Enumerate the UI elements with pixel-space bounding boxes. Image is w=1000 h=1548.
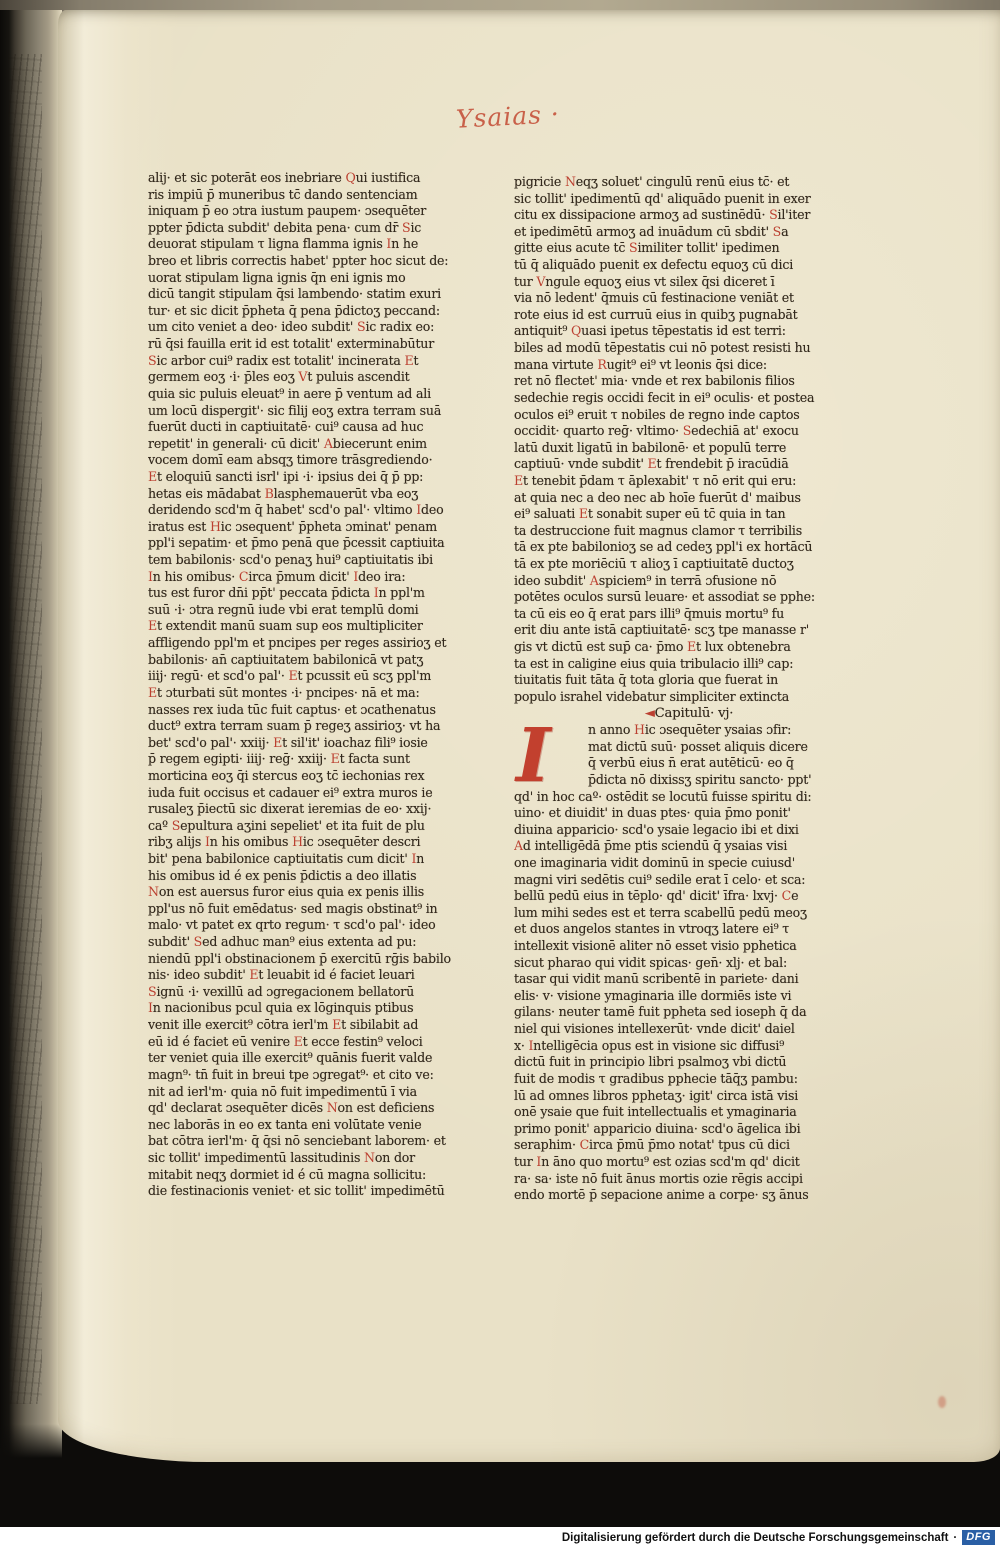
- text-line: oculos ei⁹ eruit τ nobiles de regno inde…: [514, 407, 864, 424]
- text-line: germem eoʒ ·i· p̄les eoʒ Vt puluis ascen…: [148, 369, 498, 386]
- text-line: babilonis· an̄ captiuitatem babilonicā v…: [148, 652, 498, 669]
- text-line: ter veniet quia ille exercit⁹ quānis fue…: [148, 1050, 498, 1067]
- text-line: diuina apparicio· scd'o ysaie legacio ib…: [514, 822, 864, 839]
- text-line: sic tollit' impedimentū lassitudinis Non…: [148, 1150, 498, 1167]
- text-line: intellexit visionē aliter nō esset visio…: [514, 938, 864, 955]
- text-line: Signū ·i· vexillū ad ɔgregacionem bellat…: [148, 984, 498, 1001]
- text-line: nasses rex iuda tūc fuit captus· et ɔcat…: [148, 702, 498, 719]
- text-line: gilans· neuter tamē fuit ppheta sed iose…: [514, 1004, 864, 1021]
- text-line: Sic arbor cui⁹ radix est totalit' incine…: [148, 353, 498, 370]
- text-line: qd' declarat ɔsequēter dicēs Non est def…: [148, 1100, 498, 1117]
- text-line: um cito veniet a deo· ideo subdit' Sic r…: [148, 319, 498, 336]
- text-line: iratus est Hic ɔsequent' p̄pheta ɔminat'…: [148, 519, 498, 536]
- text-line: Non est auersus furor eius quia ex penis…: [148, 884, 498, 901]
- text-line: p̄dicta nō dixissʒ spiritu sancto· ppt': [588, 772, 864, 789]
- text-line: x· Intelligēcia opus est in visione sic …: [514, 1038, 864, 1055]
- text-line: potētes oculos sursū leuare· et assodiat…: [514, 589, 864, 606]
- text-line: primo ponit' apparicio diuina· scd'o āge…: [514, 1121, 864, 1138]
- text-line: mana virtute Rugit⁹ ei⁹ vt leonis q̄si d…: [514, 357, 864, 374]
- text-line: duct⁹ extra terram suam p̄ regeʒ assirio…: [148, 718, 498, 735]
- text-line: magn⁹· tn̄ fuit in breui tpe ɔgregat⁹· e…: [148, 1067, 498, 1084]
- text-line: dictū fuit in principio libri psalmoʒ vb…: [514, 1054, 864, 1071]
- text-line: In nacionibus pcul quia ex lōginquis pti…: [148, 1000, 498, 1017]
- text-line: endo mortē p̄ sepacione anime a corpe· s…: [514, 1187, 864, 1204]
- text-line: bet' scd'o pal'· xxiij· Et sil'it' ioach…: [148, 735, 498, 752]
- text-line: nit ad ierl'm· quia nō fuit impedimentū …: [148, 1084, 498, 1101]
- credit-text: Digitalisierung gefördert durch die Deut…: [562, 1532, 949, 1544]
- text-line: bit' pena babilonice captiuitatis cum di…: [148, 851, 498, 868]
- text-line: q̄ verbū eius n̄ erat autēticū· eo q̄: [588, 755, 864, 772]
- manuscript-scan: Ysaias · alij· et sic poterāt eos inebri…: [0, 0, 1000, 1548]
- text-line: In his omibus· Circa p̄mum dicit' Ideo i…: [148, 569, 498, 586]
- text-line: deuorat stipulam τ ligna flamma ignis In…: [148, 236, 498, 253]
- text-line: uino· et diuidit' in duas ptes· quia p̄m…: [514, 805, 864, 822]
- text-line: Et ɔturbati sūt montes ·i· pncipes· nā e…: [148, 685, 498, 702]
- text-line: bat cōtra ierl'm· q̄ q̄si nō senciebant …: [148, 1133, 498, 1150]
- text-line: nis· ideo subdit' Et leuabit id é faciet…: [148, 967, 498, 984]
- text-line: ribʒ alijs In his omibus Hic ɔsequēter d…: [148, 834, 498, 851]
- rubricated-initial: I: [516, 724, 551, 788]
- text-line: occidit· quarto reḡ· vltimo· Sedechiā at…: [514, 423, 864, 440]
- text-line: caº Sepultura aʒini sepeliet' et ita fui…: [148, 818, 498, 835]
- text-line: deridendo scd'm q̄ habet' scd'o pal'· vl…: [148, 502, 498, 519]
- text-line: rū q̄si fauilla erit id est totalit' ext…: [148, 336, 498, 353]
- text-line: et ipedimētū armoʒ ad inuādum cū sbdit' …: [514, 224, 864, 241]
- text-line: tā ex pte babilonioʒ se ad cedeʒ ppl'i e…: [514, 539, 864, 556]
- parchment-page: Ysaias · alij· et sic poterāt eos inebri…: [58, 10, 1000, 1462]
- text-line: tā ex pte moriēciū τ alioʒ ī captiuitatē…: [514, 556, 864, 573]
- text-line: nec laborās in eo ex tanta eni volūtate …: [148, 1117, 498, 1134]
- chapter-opening: In anno Hic ɔsequēter ysaias ɔfir:mat di…: [514, 722, 864, 788]
- text-line: seraphim· Circa p̄mū p̄mo notat' tpus cū…: [514, 1137, 864, 1154]
- text-line: ta est in caligine eius quia tribulacio …: [514, 656, 864, 673]
- text-line: p̄ regem egipti· iiij· reḡ· xxiij· Et fa…: [148, 751, 498, 768]
- text-line: ta destruccione fuit magnus clamor τ ter…: [514, 523, 864, 540]
- text-line: malo· vt patet ex qrto regum· τ scd'o pa…: [148, 917, 498, 934]
- text-line: citu ex dissipacione armoʒ ad sustinēdū·…: [514, 207, 864, 224]
- text-line: ra· sa· iste nō fuit ānus mortis ozie rē…: [514, 1171, 864, 1188]
- text-line: ppl'i sepatim· et p̄mo penā que p̄cessit…: [148, 535, 498, 552]
- text-line: lum mihi sedes est et terra scabellū ped…: [514, 905, 864, 922]
- text-line: sic tollit' ipedimentū qd' aliquādo puen…: [514, 191, 864, 208]
- text-line: eū id é faciet eū venire Et ecce festin⁹…: [148, 1034, 498, 1051]
- text-line: Et extendit manū suam sup eos multiplici…: [148, 618, 498, 635]
- text-line: n anno Hic ɔsequēter ysaias ɔfir:: [588, 722, 864, 739]
- text-line: ret nō flectet' mia· vnde et rex babilon…: [514, 373, 864, 390]
- text-line: tur In āno quo mortu⁹ est ozias scd'm qd…: [514, 1154, 864, 1171]
- text-line: sedechie regis occidi fecit in ei⁹ oculi…: [514, 390, 864, 407]
- text-line: ideo subdit' Aspiciem⁹ in terrā ɔfusione…: [514, 573, 864, 590]
- text-line: iiij· regū· et scd'o pal'· Et pcussit eū…: [148, 668, 498, 685]
- text-line: tiuitatis fuit tāta q̄ tota gloria que f…: [514, 672, 864, 689]
- running-title: Ysaias ·: [455, 99, 560, 133]
- chapter-heading-text: Capitulū· vj·: [655, 706, 734, 721]
- book-gutter-page-edges: [0, 10, 62, 1462]
- text-line: quia sic puluis eleuat⁹ in aere p̄ ventu…: [148, 386, 498, 403]
- right-column: pigricie Neqʒ soluet' cingulū renū eius …: [514, 174, 864, 1204]
- text-line: populo israhel videbatur simpliciter ext…: [514, 689, 864, 706]
- text-line: bellū pedū eius in tēplo· qd' dicit' īfr…: [514, 888, 864, 905]
- text-line: subdit' Sed adhuc man⁹ eius extenta ad p…: [148, 934, 498, 951]
- text-line: tur· et sic dicit p̄pheta q̄ pena p̄dict…: [148, 303, 498, 320]
- text-line: ei⁹ saluati Et sonabit super eū tc̄ quia…: [514, 506, 864, 523]
- text-line: tem babilonis· scd'o penaʒ hui⁹ captiuit…: [148, 552, 498, 569]
- text-line: erit diu ante istā captiuitatē· scʒ tpe …: [514, 622, 864, 639]
- text-line: hetas eis mādabat Blasphemauerūt vba eoʒ: [148, 486, 498, 503]
- text-line: vocem domī eam absqʒ timore trāsgrediend…: [148, 452, 498, 469]
- credit-bar: Digitalisierung gefördert durch die Deut…: [0, 1527, 1000, 1548]
- text-line: his omibus id é ex penis p̄dictis a deo …: [148, 868, 498, 885]
- text-line: tū q̄ aliquādo puenit ex defectu equoʒ c…: [514, 257, 864, 274]
- ink-smudge: [938, 1396, 946, 1408]
- heading-marker-icon: ◄: [645, 706, 655, 721]
- text-line: ta cū eis eo q̄ erat pars illi⁹ q̄muis m…: [514, 606, 864, 623]
- text-line: venit ille exercit⁹ cōtra ierl'm Et sibi…: [148, 1017, 498, 1034]
- text-line: magni viri sedētis cui⁹ sedile erat ī ce…: [514, 872, 864, 889]
- text-line: tus est furor dn̄i pp̄t' peccata p̄dicta…: [148, 585, 498, 602]
- text-line: uorat stipulam ligna ignis q̄n eni ignis…: [148, 270, 498, 287]
- text-line: rusaleʒ p̄iectū sic dixerat ieremias de …: [148, 801, 498, 818]
- dfg-logo: DFG: [962, 1530, 995, 1545]
- text-line: morticina eoʒ q̄i stercus eoʒ tc̄ iechon…: [148, 768, 498, 785]
- text-line: latū duxit ligatū in babilonē· et populū…: [514, 440, 864, 457]
- text-line: Ad intelligēdā p̄me ptis sciendū q̄ ysai…: [514, 838, 864, 855]
- text-line: one imaginaria vidit dominū in specie cu…: [514, 855, 864, 872]
- chapter-heading: ◄Capitulū· vj·: [514, 706, 864, 723]
- text-line: qd' in hoc caº· ostēdit se locutū fuisse…: [514, 789, 864, 806]
- left-column: alij· et sic poterāt eos inebriare Qui i…: [148, 170, 498, 1200]
- text-line: pigricie Neqʒ soluet' cingulū renū eius …: [514, 174, 864, 191]
- text-line: mitabit neqʒ dormiet id é cū magna solli…: [148, 1167, 498, 1184]
- text-line: tasar qui vidit manū scribentē in pariet…: [514, 971, 864, 988]
- text-line: lū ad omnes libros pphetaʒ· igit' circa …: [514, 1088, 864, 1105]
- text-line: fuit de modis τ gradibus pphecie tāq̄ʒ p…: [514, 1071, 864, 1088]
- text-line: um locū dispergit'· sic filij eoʒ extra …: [148, 403, 498, 420]
- text-line: ppl'us nō fuit emēdatus· sed magis obsti…: [148, 901, 498, 918]
- text-line: rote eius id est curruū eius in quibʒ pu…: [514, 307, 864, 324]
- text-line: niendū ppl'i obstinacionem p̄ exercitū r…: [148, 951, 498, 968]
- credit-separator: ·: [953, 1532, 957, 1544]
- text-line: die festinacionis veniet· et sic tollit'…: [148, 1183, 498, 1200]
- text-line: Et tenebit p̄dam τ āplexabit' τ nō erit …: [514, 473, 864, 490]
- text-line: tur Vngule equoʒ eius vt silex q̄si dice…: [514, 274, 864, 291]
- text-line: iuda fuit occisus et cadauer ei⁹ extra m…: [148, 785, 498, 802]
- text-line: niel qui visiones intellexerūt· vnde dic…: [514, 1021, 864, 1038]
- text-line: gis vt dictū est sup̄ ca· p̄mo Et lux ob…: [514, 639, 864, 656]
- text-line: sicut pharao qui vidit spicas· gen̄· xlj…: [514, 955, 864, 972]
- text-line: ris impiū p̄ muneribus tc̄ dando sentenc…: [148, 187, 498, 204]
- text-line: affligendo ppl'm et pncipes per reges as…: [148, 635, 498, 652]
- text-line: fuerūt ducti in captiuitatē· cui⁹ causa …: [148, 419, 498, 436]
- text-line: Et eloquiū sancti isrl' ipi ·i· ipsius d…: [148, 469, 498, 486]
- text-line: iniquam p̄ eo ɔtra iustum paupem· ɔsequē…: [148, 203, 498, 220]
- text-line: gitte eius acute tc̄ Similiter tollit' i…: [514, 240, 864, 257]
- text-line: antiquit⁹ Quasi ipetus tēpestatis id est…: [514, 323, 864, 340]
- text-line: captiuū· vnde subdit' Et frendebit p̄ ir…: [514, 456, 864, 473]
- text-line: dicū tangit stipulam q̄si lambendo· stat…: [148, 286, 498, 303]
- text-line: onē ysaie que fuit intellectualis et yma…: [514, 1104, 864, 1121]
- text-line: repetit' in generali· cū dicit' Abieceru…: [148, 436, 498, 453]
- text-line: et duos angelos stantes in vtroqʒ latere…: [514, 921, 864, 938]
- text-line: ppter p̄dicta subdit' debita pena· cum d…: [148, 220, 498, 237]
- text-line: via nō ledent' q̄muis cū festinacione ve…: [514, 290, 864, 307]
- text-line: at quia nec a deo nec ab hoīe fuerūt d' …: [514, 490, 864, 507]
- text-line: elis· v· visione ymaginaria ille dormiēs…: [514, 988, 864, 1005]
- text-line: mat dictū suū· posset aliquis dicere: [588, 739, 864, 756]
- text-line: alij· et sic poterāt eos inebriare Qui i…: [148, 170, 498, 187]
- text-line: biles ad modū tēpestatis cui nō potest r…: [514, 340, 864, 357]
- text-line: suū ·i· ɔtra regnū iude vbi erat templū …: [148, 602, 498, 619]
- text-line: breo et libris correctis habet' ppter ho…: [148, 253, 498, 270]
